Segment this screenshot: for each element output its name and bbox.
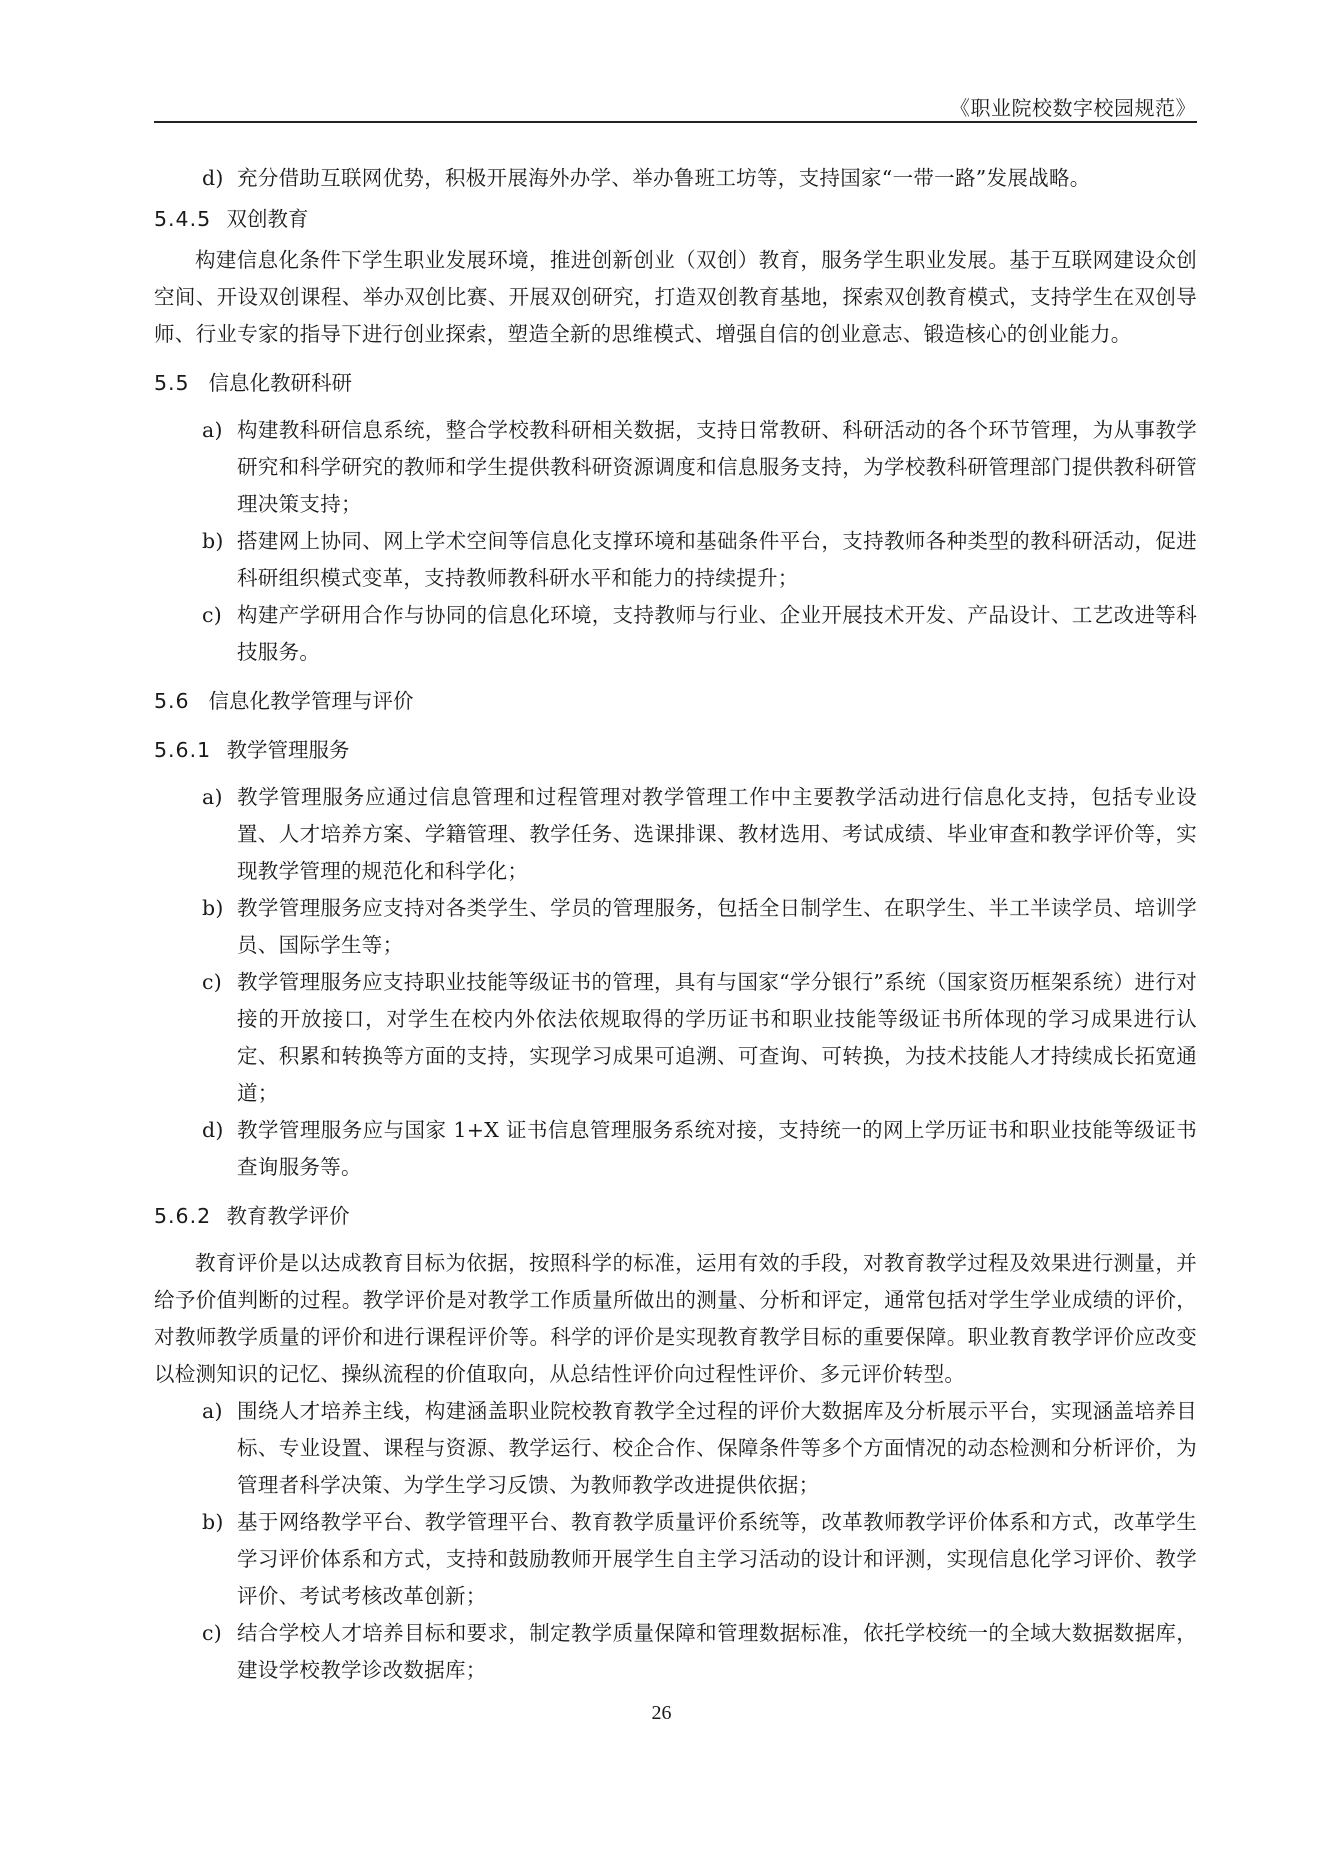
list-item: c) 结合学校人才培养目标和要求，制定教学质量保障和管理数据标准，依托学校统一的… <box>154 1615 1197 1689</box>
section-number: 5.4.5 <box>154 201 220 238</box>
list-item-text: 搭建网上协同、网上学术空间等信息化支撑环境和基础条件平台，支持教师各种类型的教科… <box>237 529 1197 590</box>
list-item-text: 构建产学研用合作与协同的信息化环境，支持教师与行业、企业开展技术开发、产品设计、… <box>237 603 1197 664</box>
list-marker: b) <box>202 890 224 927</box>
document-page: 《职业院校数字校园规范》 d) 充分借助互联网优势，积极开展海外办学、举办鲁班工… <box>0 0 1323 1871</box>
list-item-text: 教学管理服务应支持对各类学生、学员的管理服务，包括全日制学生、在职学生、半工半读… <box>237 896 1197 957</box>
list-item-text: 充分借助互联网优势，积极开展海外办学、举办鲁班工坊等，支持国家“一带一路”发展战… <box>237 166 1091 190</box>
list-item: c) 构建产学研用合作与协同的信息化环境，支持教师与行业、企业开展技术开发、产品… <box>154 597 1197 671</box>
list-marker: c) <box>202 1615 222 1652</box>
list-item: b) 教学管理服务应支持对各类学生、学员的管理服务，包括全日制学生、在职学生、半… <box>154 890 1197 964</box>
list-item: b) 搭建网上协同、网上学术空间等信息化支撑环境和基础条件平台，支持教师各种类型… <box>154 523 1197 597</box>
paragraph: 教育评价是以达成教育目标为依据，按照科学的标准，运用有效的手段，对教育教学过程及… <box>154 1245 1197 1393</box>
list-marker: a) <box>202 1393 223 1430</box>
list-marker: d) <box>202 160 224 197</box>
list-item: d) 教学管理服务应与国家 1+X 证书信息管理服务系统对接，支持统一的网上学历… <box>154 1112 1197 1186</box>
list-item: d) 充分借助互联网优势，积极开展海外办学、举办鲁班工坊等，支持国家“一带一路”… <box>154 160 1197 197</box>
section-number: 5.6 <box>154 683 202 720</box>
list-item-text: 结合学校人才培养目标和要求，制定教学质量保障和管理数据标准，依托学校统一的全域大… <box>237 1621 1197 1682</box>
list-marker: a) <box>202 779 223 816</box>
running-header-title: 《职业院校数字校园规范》 <box>950 92 1196 121</box>
section-number: 5.5 <box>154 365 202 402</box>
page-content: d) 充分借助互联网优势，积极开展海外办学、举办鲁班工坊等，支持国家“一带一路”… <box>154 160 1197 1689</box>
section-heading-5-6: 5.6 信息化教学管理与评价 <box>154 683 1197 720</box>
section-number: 5.6.2 <box>154 1198 220 1235</box>
list-item: b) 基于网络教学平台、教学管理平台、教育教学质量评价系统等，改革教师教学评价体… <box>154 1504 1197 1615</box>
section-title: 信息化教学管理与评价 <box>209 689 414 713</box>
list-marker: a) <box>202 412 223 449</box>
section-heading-5-6-2: 5.6.2 教育教学评价 <box>154 1198 1197 1235</box>
section-title: 信息化教研科研 <box>209 371 353 395</box>
list-item: a) 构建教科研信息系统，整合学校教科研相关数据，支持日常教研、科研活动的各个环… <box>154 412 1197 523</box>
section-title: 教育教学评价 <box>227 1204 350 1228</box>
list-item-text: 教学管理服务应与国家 1+X 证书信息管理服务系统对接，支持统一的网上学历证书和… <box>237 1118 1197 1179</box>
list-item: a) 围绕人才培养主线，构建涵盖职业院校教育教学全过程的评价大数据库及分析展示平… <box>154 1393 1197 1504</box>
header-rule <box>154 121 1197 123</box>
section-heading-5-5: 5.5 信息化教研科研 <box>154 365 1197 402</box>
list-marker: d) <box>202 1112 224 1149</box>
list-item: c) 教学管理服务应支持职业技能等级证书的管理，具有与国家“学分银行”系统（国家… <box>154 964 1197 1112</box>
list-item-text: 构建教科研信息系统，整合学校教科研相关数据，支持日常教研、科研活动的各个环节管理… <box>237 418 1197 516</box>
section-title: 教学管理服务 <box>227 738 350 762</box>
section-number: 5.6.1 <box>154 732 220 769</box>
paragraph: 构建信息化条件下学生职业发展环境，推进创新创业（双创）教育，服务学生职业发展。基… <box>154 242 1197 353</box>
section-heading-5-6-1: 5.6.1 教学管理服务 <box>154 732 1197 769</box>
list-item-text: 教学管理服务应支持职业技能等级证书的管理，具有与国家“学分银行”系统（国家资历框… <box>237 970 1197 1105</box>
page-number: 26 <box>0 1702 1323 1725</box>
list-marker: b) <box>202 1504 224 1541</box>
list-item-text: 教学管理服务应通过信息管理和过程管理对教学管理工作中主要教学活动进行信息化支持，… <box>237 785 1197 883</box>
list-marker: b) <box>202 523 224 560</box>
list-marker: c) <box>202 597 222 634</box>
section-title: 双创教育 <box>227 207 309 231</box>
list-item: a) 教学管理服务应通过信息管理和过程管理对教学管理工作中主要教学活动进行信息化… <box>154 779 1197 890</box>
list-item-text: 基于网络教学平台、教学管理平台、教育教学质量评价系统等，改革教师教学评价体系和方… <box>237 1510 1197 1608</box>
list-item-text: 围绕人才培养主线，构建涵盖职业院校教育教学全过程的评价大数据库及分析展示平台，实… <box>237 1399 1197 1497</box>
list-marker: c) <box>202 964 222 1001</box>
section-heading-5-4-5: 5.4.5 双创教育 <box>154 201 1197 238</box>
